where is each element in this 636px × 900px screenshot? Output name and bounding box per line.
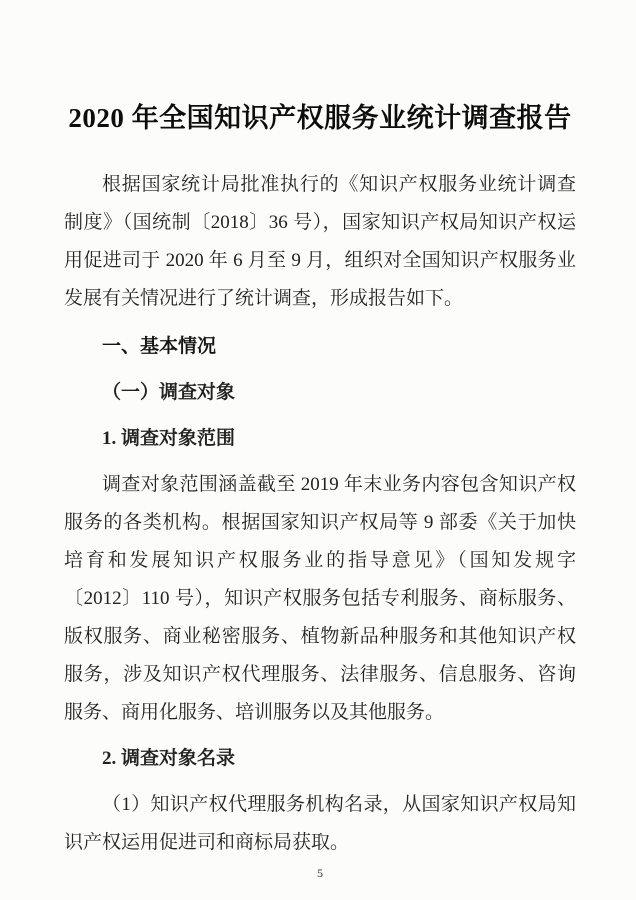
section-heading-basic-situation: 一、基本情况: [64, 328, 576, 366]
document-title: 2020 年全国知识产权服务业统计调查报告: [64, 96, 576, 140]
survey-directory-paragraph: （1）知识产权代理服务机构名录，从国家知识产权局知识产权运用促进司和商标局获取。: [64, 786, 576, 862]
survey-scope-paragraph: 调查对象范围涵盖截至 2019 年末业务内容包含知识产权服务的各类机构。根据国家…: [64, 466, 576, 732]
subsection-heading-survey-subjects: （一）调查对象: [64, 374, 576, 412]
item-heading-survey-directory: 2. 调查对象名录: [64, 740, 576, 778]
page-number: 5: [64, 866, 576, 880]
document-page: 2020 年全国知识产权服务业统计调查报告 根据国家统计局批准执行的《知识产权服…: [0, 0, 636, 900]
item-heading-survey-scope: 1. 调查对象范围: [64, 420, 576, 458]
intro-paragraph: 根据国家统计局批准执行的《知识产权服务业统计调查制度》（国统制〔2018〕36 …: [64, 166, 576, 318]
